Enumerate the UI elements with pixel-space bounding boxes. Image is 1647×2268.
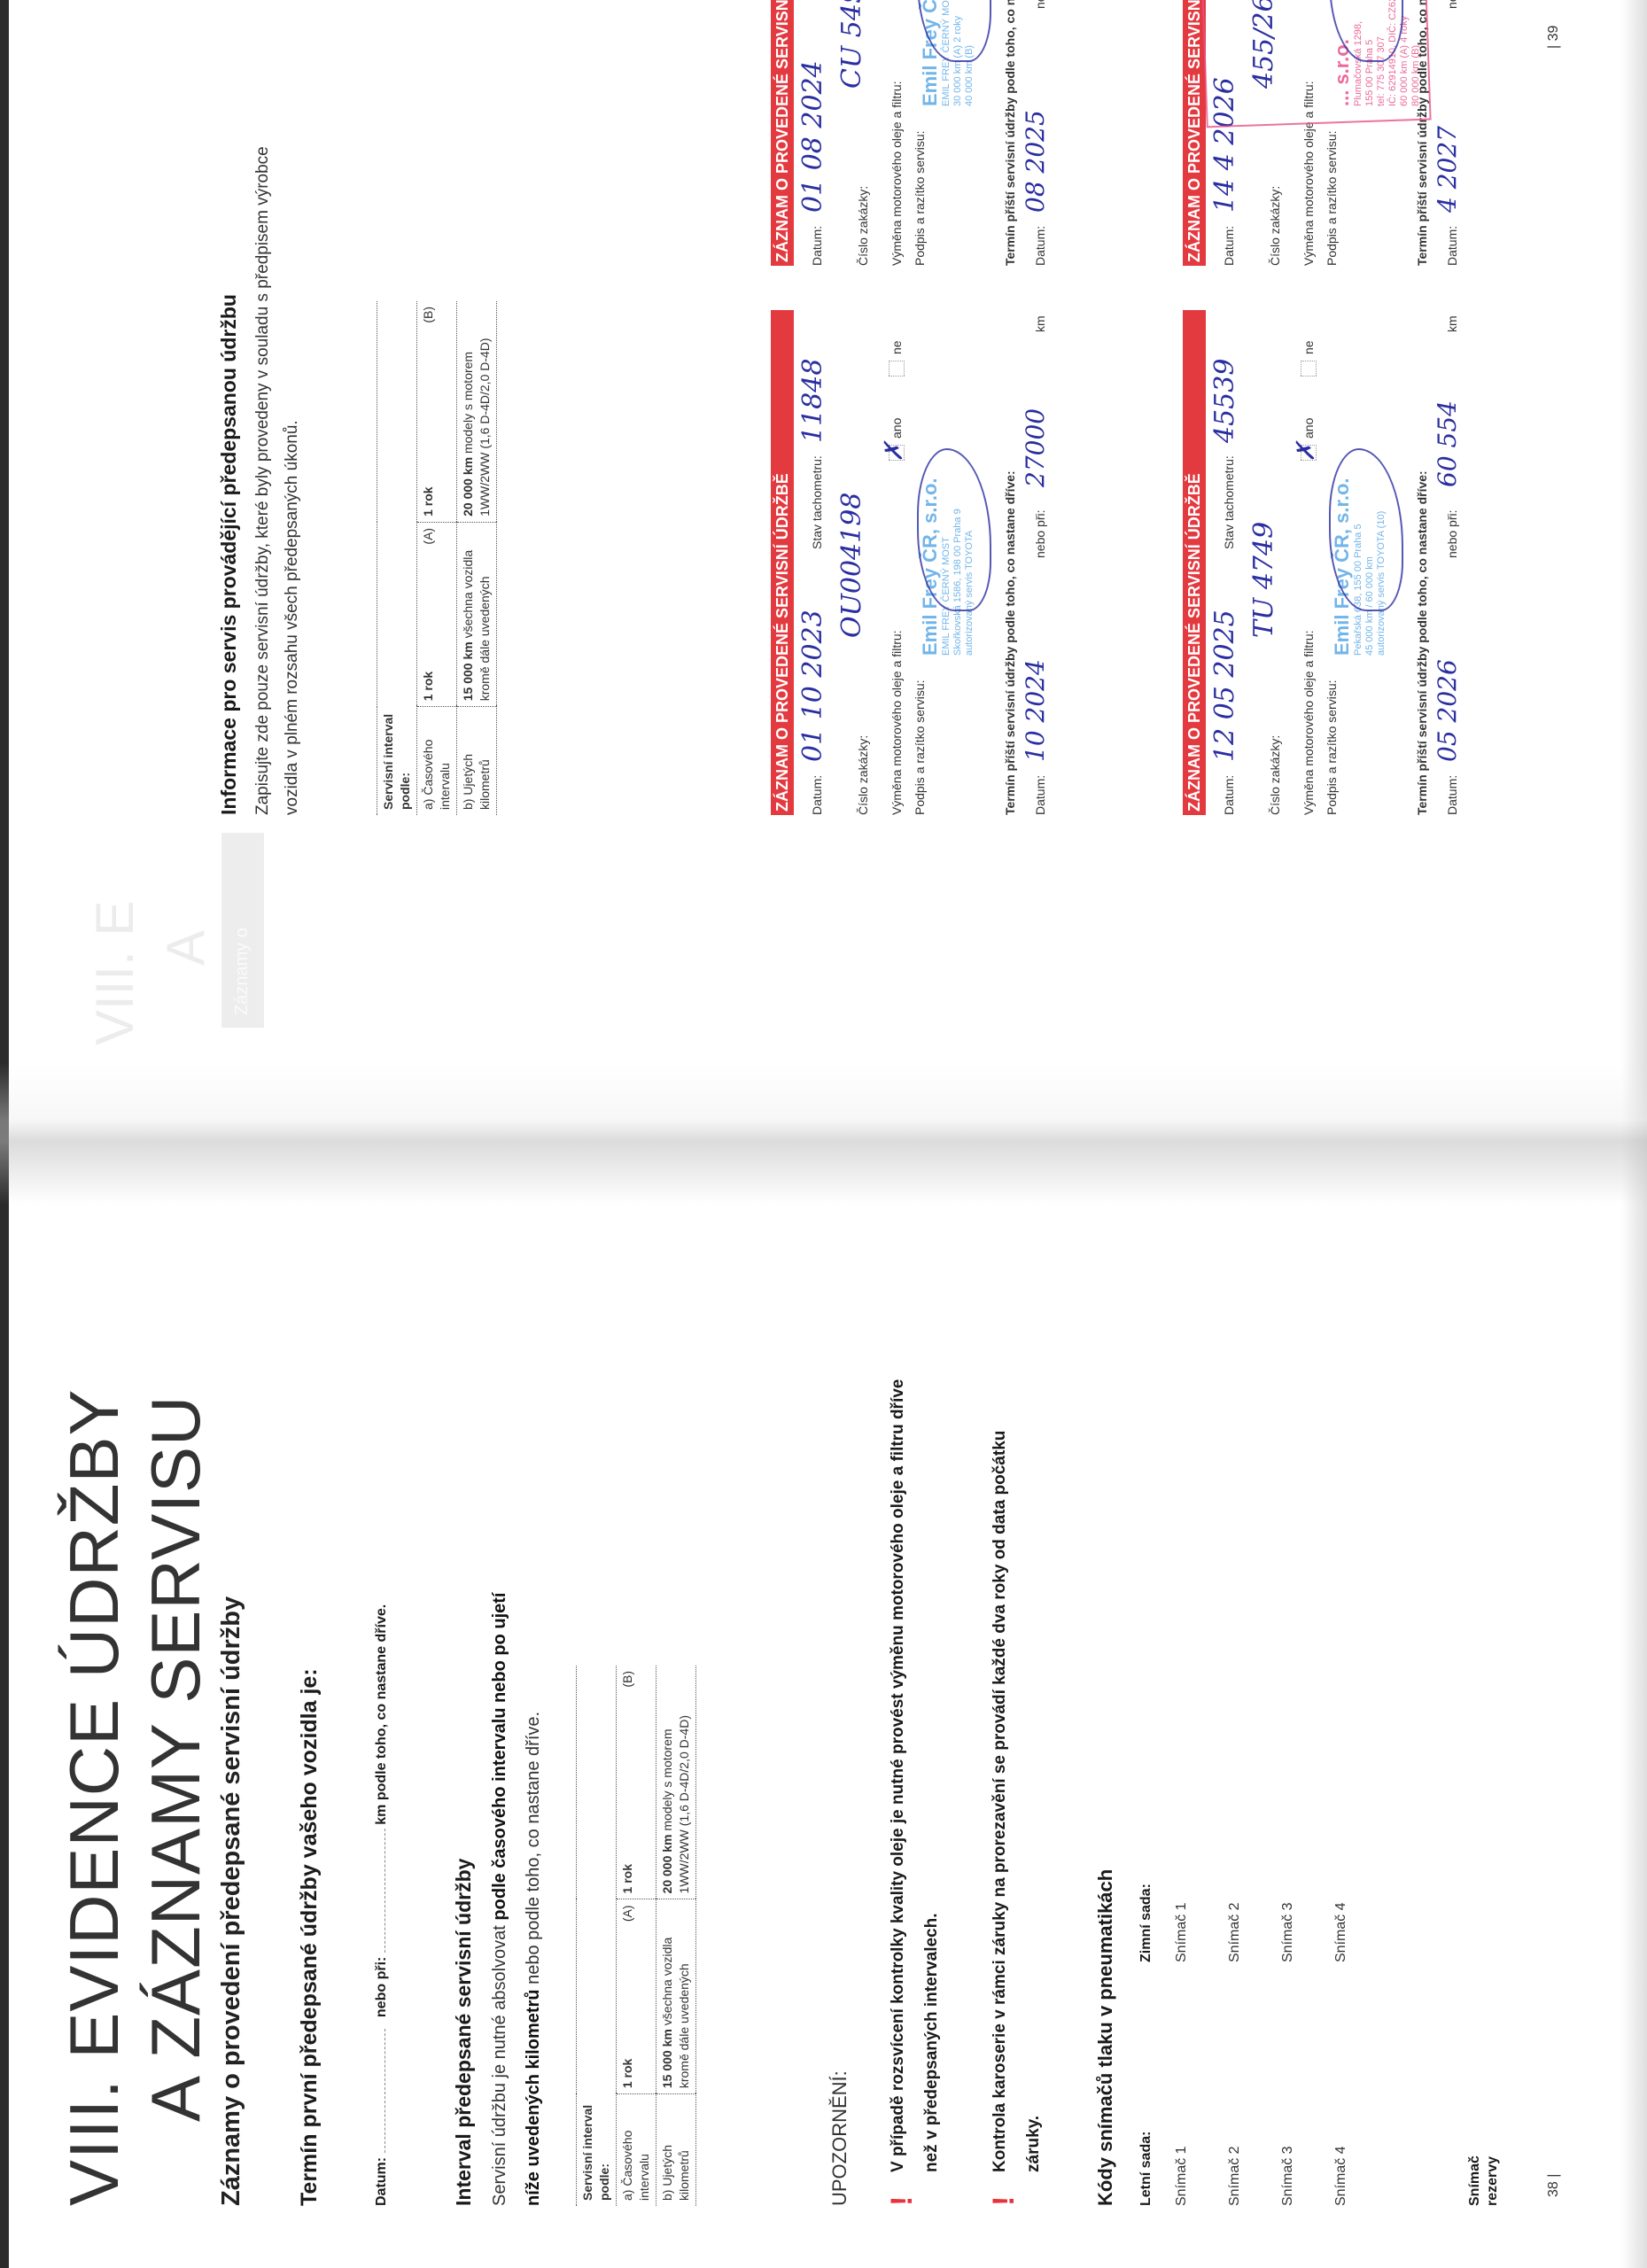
interval-text-part: nebo podle toho, co nastane dříve. (524, 1712, 543, 1990)
service-record: ZÁZNAM O PROVEDENÉ SERVISNÍ ÚDRŽBĚ Datum… (771, 310, 1063, 815)
exclamation-icon: ! (885, 2197, 919, 2206)
order-label: Číslo zakázky: (856, 735, 870, 815)
next-km-value[interactable]: 60 554 (1433, 400, 1462, 487)
first-service-line: Datum: nebo při: km podle toho, co nasta… (372, 1604, 390, 2206)
date-value[interactable]: 01 08 2024 (797, 60, 828, 213)
next-km-value[interactable]: 27000 (1021, 408, 1050, 487)
interval-text-part: Servisní údržbu je nutné absolvovat (490, 1921, 509, 2206)
notice-text: V případě rozsvícení kontrolky kvality o… (889, 1379, 941, 2172)
sensor-label: Snímač 3 (1280, 2132, 1296, 2206)
next-date-label: Datum: (1033, 775, 1047, 815)
signature-label: Podpis a razítko servisu: (913, 680, 927, 815)
date-value[interactable]: 12 05 2025 (1209, 610, 1240, 762)
cell-tag: (A) (420, 528, 437, 545)
odometer-value[interactable]: 45539 (1209, 359, 1240, 443)
spare-label-line: rezervy (1484, 2155, 1502, 2206)
notice-item: ! V případě rozsvícení kontrolky kvality… (882, 1375, 949, 2206)
chapter-title: VIII. EVIDENCE ÚDRŽBY A ZÁZNAMY SERVISU (53, 1389, 216, 2207)
book-gutter-shadow (0, 1063, 1647, 1205)
stamp-frame (1194, 0, 1431, 128)
date-field[interactable] (372, 2029, 385, 2153)
signature-scribble (917, 448, 991, 611)
record-header: ZÁZNAM O PROVEDENÉ SERVISNÍ ÚDRŽBĚ (1183, 310, 1206, 815)
odometer-label: Stav tachometru: (810, 455, 824, 549)
oil-label: Výměna motorového oleje a filtru: (890, 81, 904, 266)
sensor-label: Snímač 1 (1174, 2132, 1190, 2206)
service-record: ZÁZNAM O PROVEDENÉ SERVISNÍ ÚDRŽBĚ Datum… (1183, 0, 1475, 266)
signature-label: Podpis a razítko servisu: (913, 130, 927, 266)
oil-label: Výměna motorového oleje a filtru: (890, 630, 904, 815)
signature-scribble (1329, 448, 1403, 611)
sensor-label: Snímač 2 (1227, 2132, 1243, 2206)
page-number: 38 | (1546, 2174, 1562, 2197)
order-value[interactable]: OU004198 (836, 493, 867, 638)
date-value[interactable]: 01 10 2023 (797, 610, 828, 762)
cell-tag: (B) (619, 1671, 636, 1688)
table-cell (577, 1666, 617, 2094)
odometer-label: Stav tachometru: (1222, 455, 1236, 549)
tpms-heading: Kódy snímačů tlaku v pneumatikách (1094, 1869, 1117, 2206)
next-date-value[interactable]: 08 2025 (1021, 110, 1050, 213)
next-or-label: nebo při: (1445, 510, 1459, 558)
section-subtitle: Záznamy o provedení předepsané servisní … (217, 1596, 246, 2206)
ghost-tab: Záznamy o (221, 833, 264, 1028)
next-date-label: Datum: (1033, 226, 1047, 266)
next-or-label: nebo při: (1033, 0, 1047, 9)
chapter-title-line2: A ZÁZNAMY SERVISU (135, 1389, 216, 2207)
table-cell: a) Časového intervalu (417, 707, 457, 815)
tpms-winter-column: Zimní sada: Snímač 1 Snímač 2 Snímač 3 S… (1138, 1884, 1387, 1962)
checkmark-x-icon: ✗ (879, 442, 908, 462)
cell-text: 1 rok (421, 672, 435, 701)
table-cell: 1 rok(B) (417, 301, 457, 522)
sensor-label: Snímač 1 (1174, 1884, 1190, 1962)
notice-item: ! Kontrola karoserie v rámci záruky na p… (983, 1375, 1051, 2206)
order-label: Číslo zakázky: (1268, 186, 1282, 266)
service-record: ZÁZNAM O PROVEDENÉ SERVISNÍ ÚDRŽBĚ Datum… (771, 0, 1063, 266)
cell-text: 1 rok (421, 486, 435, 516)
page-number: | 39 (1546, 26, 1562, 49)
table-row: b) Ujetých kilometrů 15 000 km všechna v… (457, 301, 497, 815)
ghost-line: VIII. E (80, 901, 151, 1045)
sensor-label: Snímač 4 (1333, 2132, 1349, 2206)
table-cell: 20 000 km modely s motorem 1WW/2WW (1,6 … (656, 1666, 696, 1899)
next-service-label: Termín příští servisní údržby podle toho… (1003, 0, 1017, 266)
date-label: Datum: (810, 226, 824, 266)
first-service-heading: Termín první předepsané údržby vašeho vo… (297, 1668, 322, 2206)
date-label: Datum: (374, 2157, 389, 2206)
next-date-value[interactable]: 05 2026 (1433, 659, 1462, 762)
sensor-label: Snímač 2 (1227, 1884, 1243, 1962)
notice-text: Kontrola karoserie v rámci záruky na pro… (991, 1431, 1043, 2172)
table-row: Servisní interval podle: (577, 1666, 617, 2206)
table-cell: 1 rok(B) (617, 1666, 656, 1899)
cell-bold: 15 000 km (660, 2029, 674, 2088)
next-or-label: nebo při: (1445, 0, 1459, 9)
page-38: VIII. EVIDENCE ÚDRŽBY A ZÁZNAMY SERVISU … (0, 1178, 1647, 2268)
date-label: Datum: (810, 775, 824, 815)
table-row: a) Časového intervalu 1 rok(A) 1 rok(B) (617, 1666, 656, 2206)
cell-tag: (B) (420, 307, 437, 323)
table-row: Servisní interval podle: (377, 301, 417, 815)
signature-label: Podpis a razítko servisu: (1325, 680, 1339, 815)
cell-text: 1 rok (620, 2059, 634, 2088)
date-label: Datum: (1222, 226, 1236, 266)
oil-no-label: ne (1301, 340, 1316, 354)
winter-set-label: Zimní sada: (1138, 1884, 1154, 1962)
km-field[interactable] (372, 1829, 385, 1953)
info-text: Zapisujte zde pouze servisní údržby, kte… (248, 106, 307, 815)
order-value[interactable]: CU 5491 (836, 0, 867, 89)
oil-no-checkbox[interactable] (889, 361, 905, 377)
notice-heading: UPOZORNĚNÍ: (828, 2070, 851, 2206)
km-unit: km (1445, 315, 1459, 332)
checkmark-x-icon: ✗ (1291, 442, 1320, 462)
ghost-line: A (151, 901, 221, 1045)
order-label: Číslo zakázky: (856, 186, 870, 266)
date-label: Datum: (1222, 775, 1236, 815)
interval-heading: Interval předepsané servisní údržby (452, 1859, 476, 2206)
table-header: Servisní interval podle: (577, 2094, 617, 2206)
km-unit: km (1033, 315, 1047, 332)
record-header: ZÁZNAM O PROVEDENÉ SERVISNÍ ÚDRŽBĚ (771, 310, 794, 815)
scanned-spread: VIII. EVIDENCE ÚDRŽBY A ZÁZNAMY SERVISU … (0, 0, 1647, 2268)
sensor-label: Snímač 3 (1280, 1884, 1296, 1962)
order-value[interactable]: TU 4749 (1248, 522, 1279, 638)
table-cell: 1 rok(A) (417, 522, 457, 706)
exclamation-icon: ! (987, 2197, 1021, 2206)
tpms-summer-column: Letní sada: Snímač 1 Snímač 2 Snímač 3 S… (1138, 2132, 1387, 2206)
sensor-label: Snímač 4 (1333, 1884, 1349, 1962)
oil-yes-label: ano (1301, 418, 1316, 439)
interval-text: Servisní údržbu je nutné absolvovat podl… (483, 1586, 550, 2206)
table-cell: b) Ujetých kilometrů (656, 2094, 696, 2206)
cell-bold: 20 000 km (660, 1835, 674, 1894)
oil-no-label: ne (890, 340, 904, 354)
or-label: nebo při: (374, 1957, 389, 2017)
cell-bold: 15 000 km (461, 641, 475, 701)
table-cell: 20 000 km modely s motorem 1WW/2WW (1,6 … (457, 301, 497, 522)
table-cell (377, 301, 417, 707)
signature-label: Podpis a razítko servisu: (1325, 130, 1339, 266)
page-39: VIII. E A Záznamy o Informace pro servis… (0, 0, 1647, 1063)
table-cell: 1 rok(A) (617, 1899, 656, 2094)
table-cell: 15 000 km všechna vozidla kromě dále uve… (656, 1899, 696, 2094)
next-date-value[interactable]: 10 2024 (1021, 659, 1050, 762)
oil-label: Výměna motorového oleje a filtru: (1301, 630, 1316, 815)
table-cell: a) Časového intervalu (617, 2094, 656, 2206)
next-date-label: Datum: (1445, 775, 1459, 815)
record-header: ZÁZNAM O PROVEDENÉ SERVISNÍ ÚDRŽBĚ (1183, 0, 1206, 266)
oil-no-checkbox[interactable] (1301, 361, 1317, 377)
spare-label-line: Snímač (1466, 2155, 1484, 2206)
table-cell: 15 000 km všechna vozidla kromě dále uve… (457, 522, 497, 706)
cell-bold: 20 000 km (461, 457, 475, 517)
record-header: ZÁZNAM O PROVEDENÉ SERVISNÍ ÚDRŽBĚ (771, 0, 794, 266)
odometer-value[interactable]: 11848 (797, 359, 828, 443)
info-heading: Informace pro servis provádějící předeps… (217, 294, 241, 815)
cell-tag: (A) (619, 1905, 636, 1922)
order-label: Číslo zakázky: (1268, 735, 1282, 815)
next-service-label: Termín příští servisní údržby podle toho… (1003, 470, 1017, 815)
service-record: ZÁZNAM O PROVEDENÉ SERVISNÍ ÚDRŽBĚ Datum… (1183, 310, 1475, 815)
next-date-label: Datum: (1445, 226, 1459, 266)
cell-text: 1 rok (620, 1864, 634, 1893)
chapter-title-line1: VIII. EVIDENCE ÚDRŽBY (55, 1389, 133, 2207)
spare-sensor-label: Snímač rezervy (1466, 2155, 1502, 2206)
ghost-title: VIII. E A (80, 901, 221, 1045)
table-row: b) Ujetých kilometrů 15 000 km všechna v… (656, 1666, 696, 2206)
interval-table: Servisní interval podle: a) Časového int… (377, 301, 497, 815)
table-header: Servisní interval podle: (377, 707, 417, 815)
oil-yes-label: ano (890, 418, 904, 439)
km-suffix: km podle toho, co nastane dříve. (374, 1604, 389, 1825)
table-cell: b) Ujetých kilometrů (457, 707, 497, 815)
table-row: a) Časového intervalu 1 rok(A) 1 rok(B) (417, 301, 457, 815)
interval-table: Servisní interval podle: a) Časového int… (576, 1666, 696, 2206)
next-or-label: nebo při: (1033, 510, 1047, 558)
next-service-label: Termín příští servisní údržby podle toho… (1415, 470, 1429, 815)
summer-set-label: Letní sada: (1138, 2132, 1154, 2206)
next-date-value[interactable]: 4 2027 (1433, 126, 1462, 213)
